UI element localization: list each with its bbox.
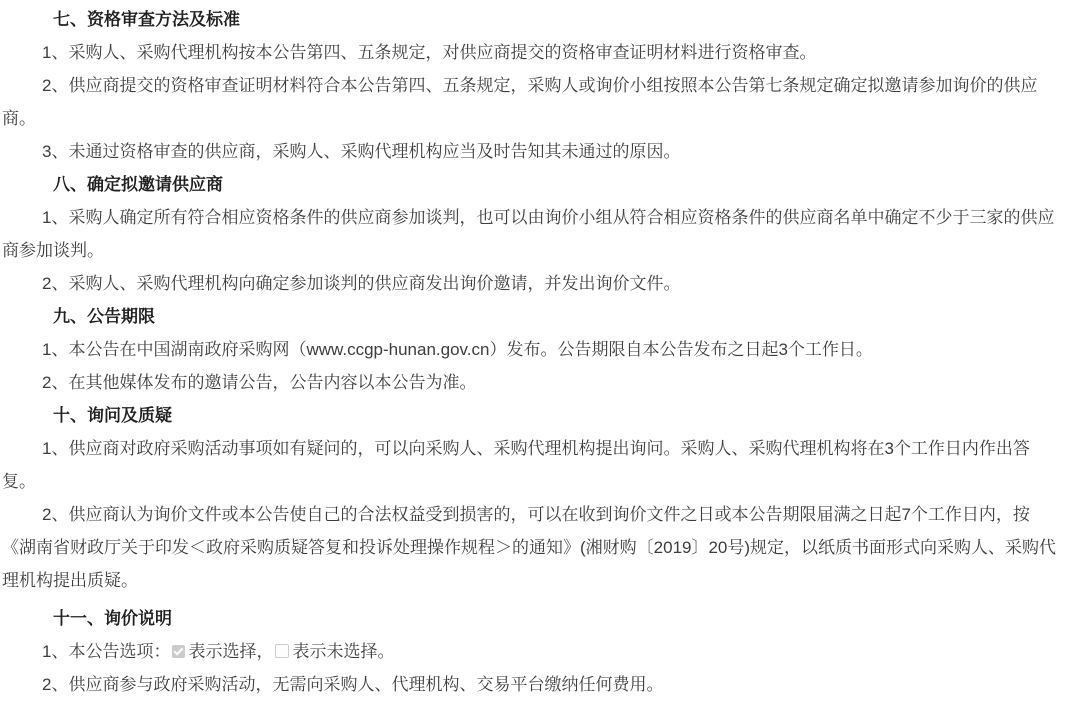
paragraph: 2、采购人、采购代理机构向确定参加谈判的供应商发出询价邀请，并发出询价文件。 <box>2 267 1061 300</box>
section-heading: 九、公告期限 <box>2 300 1061 333</box>
paragraph: 1、采购人确定所有符合相应资格条件的供应商参加谈判，也可以由询价小组从符合相应资… <box>2 201 1061 267</box>
paragraph: 1、采购人、采购代理机构按本公告第四、五条规定，对供应商提交的资格审查证明材料进… <box>2 36 1061 69</box>
section-invited-suppliers: 八、确定拟邀请供应商 1、采购人确定所有符合相应资格条件的供应商参加谈判，也可以… <box>2 168 1061 300</box>
unchecked-checkbox-icon <box>275 644 289 658</box>
paragraph: 2、在其他媒体发布的邀请公告，公告内容以本公告为准。 <box>2 366 1061 399</box>
section-heading: 七、资格审查方法及标准 <box>2 3 1061 36</box>
section-heading: 十一、询价说明 <box>2 602 1061 635</box>
paragraph: 2、供应商认为询价文件或本公告使自己的合法权益受到损害的，可以在收到询价文件之日… <box>2 498 1061 597</box>
announcement-document: 七、资格审查方法及标准 1、采购人、采购代理机构按本公告第四、五条规定，对供应商… <box>0 0 1073 709</box>
unchecked-checkbox-label: 表示未选择。 <box>292 642 394 661</box>
checkbox-legend-prefix: 1、本公告选项： <box>42 642 170 661</box>
checked-checkbox-icon <box>172 645 185 658</box>
checked-checkbox-label: 表示选择， <box>188 642 273 661</box>
checkbox-legend-line: 1、本公告选项：表示选择，表示未选择。 <box>2 635 1061 668</box>
section-heading: 十、询问及质疑 <box>2 399 1061 432</box>
section-announcement-period: 九、公告期限 1、本公告在中国湖南政府采购网（www.ccgp-hunan.go… <box>2 300 1061 399</box>
section-heading: 八、确定拟邀请供应商 <box>2 168 1061 201</box>
paragraph: 2、供应商提交的资格审查证明材料符合本公告第四、五条规定，采购人或询价小组按照本… <box>2 69 1061 135</box>
paragraph: 3、未通过资格审查的供应商，采购人、采购代理机构应当及时告知其未通过的原因。 <box>2 135 1061 168</box>
paragraph: 1、供应商对政府采购活动事项如有疑问的，可以向采购人、采购代理机构提出询问。采购… <box>2 432 1061 498</box>
section-inquiry-and-challenge: 十、询问及质疑 1、供应商对政府采购活动事项如有疑问的，可以向采购人、采购代理机… <box>2 399 1061 597</box>
section-qualification-review: 七、资格审查方法及标准 1、采购人、采购代理机构按本公告第四、五条规定，对供应商… <box>2 3 1061 168</box>
section-quotation-notes: 十一、询价说明 1、本公告选项：表示选择，表示未选择。 2、供应商参与政府采购活… <box>2 602 1061 701</box>
paragraph: 1、本公告在中国湖南政府采购网（www.ccgp-hunan.gov.cn）发布… <box>2 333 1061 366</box>
paragraph: 2、供应商参与政府采购活动，无需向采购人、代理机构、交易平台缴纳任何费用。 <box>2 668 1061 701</box>
